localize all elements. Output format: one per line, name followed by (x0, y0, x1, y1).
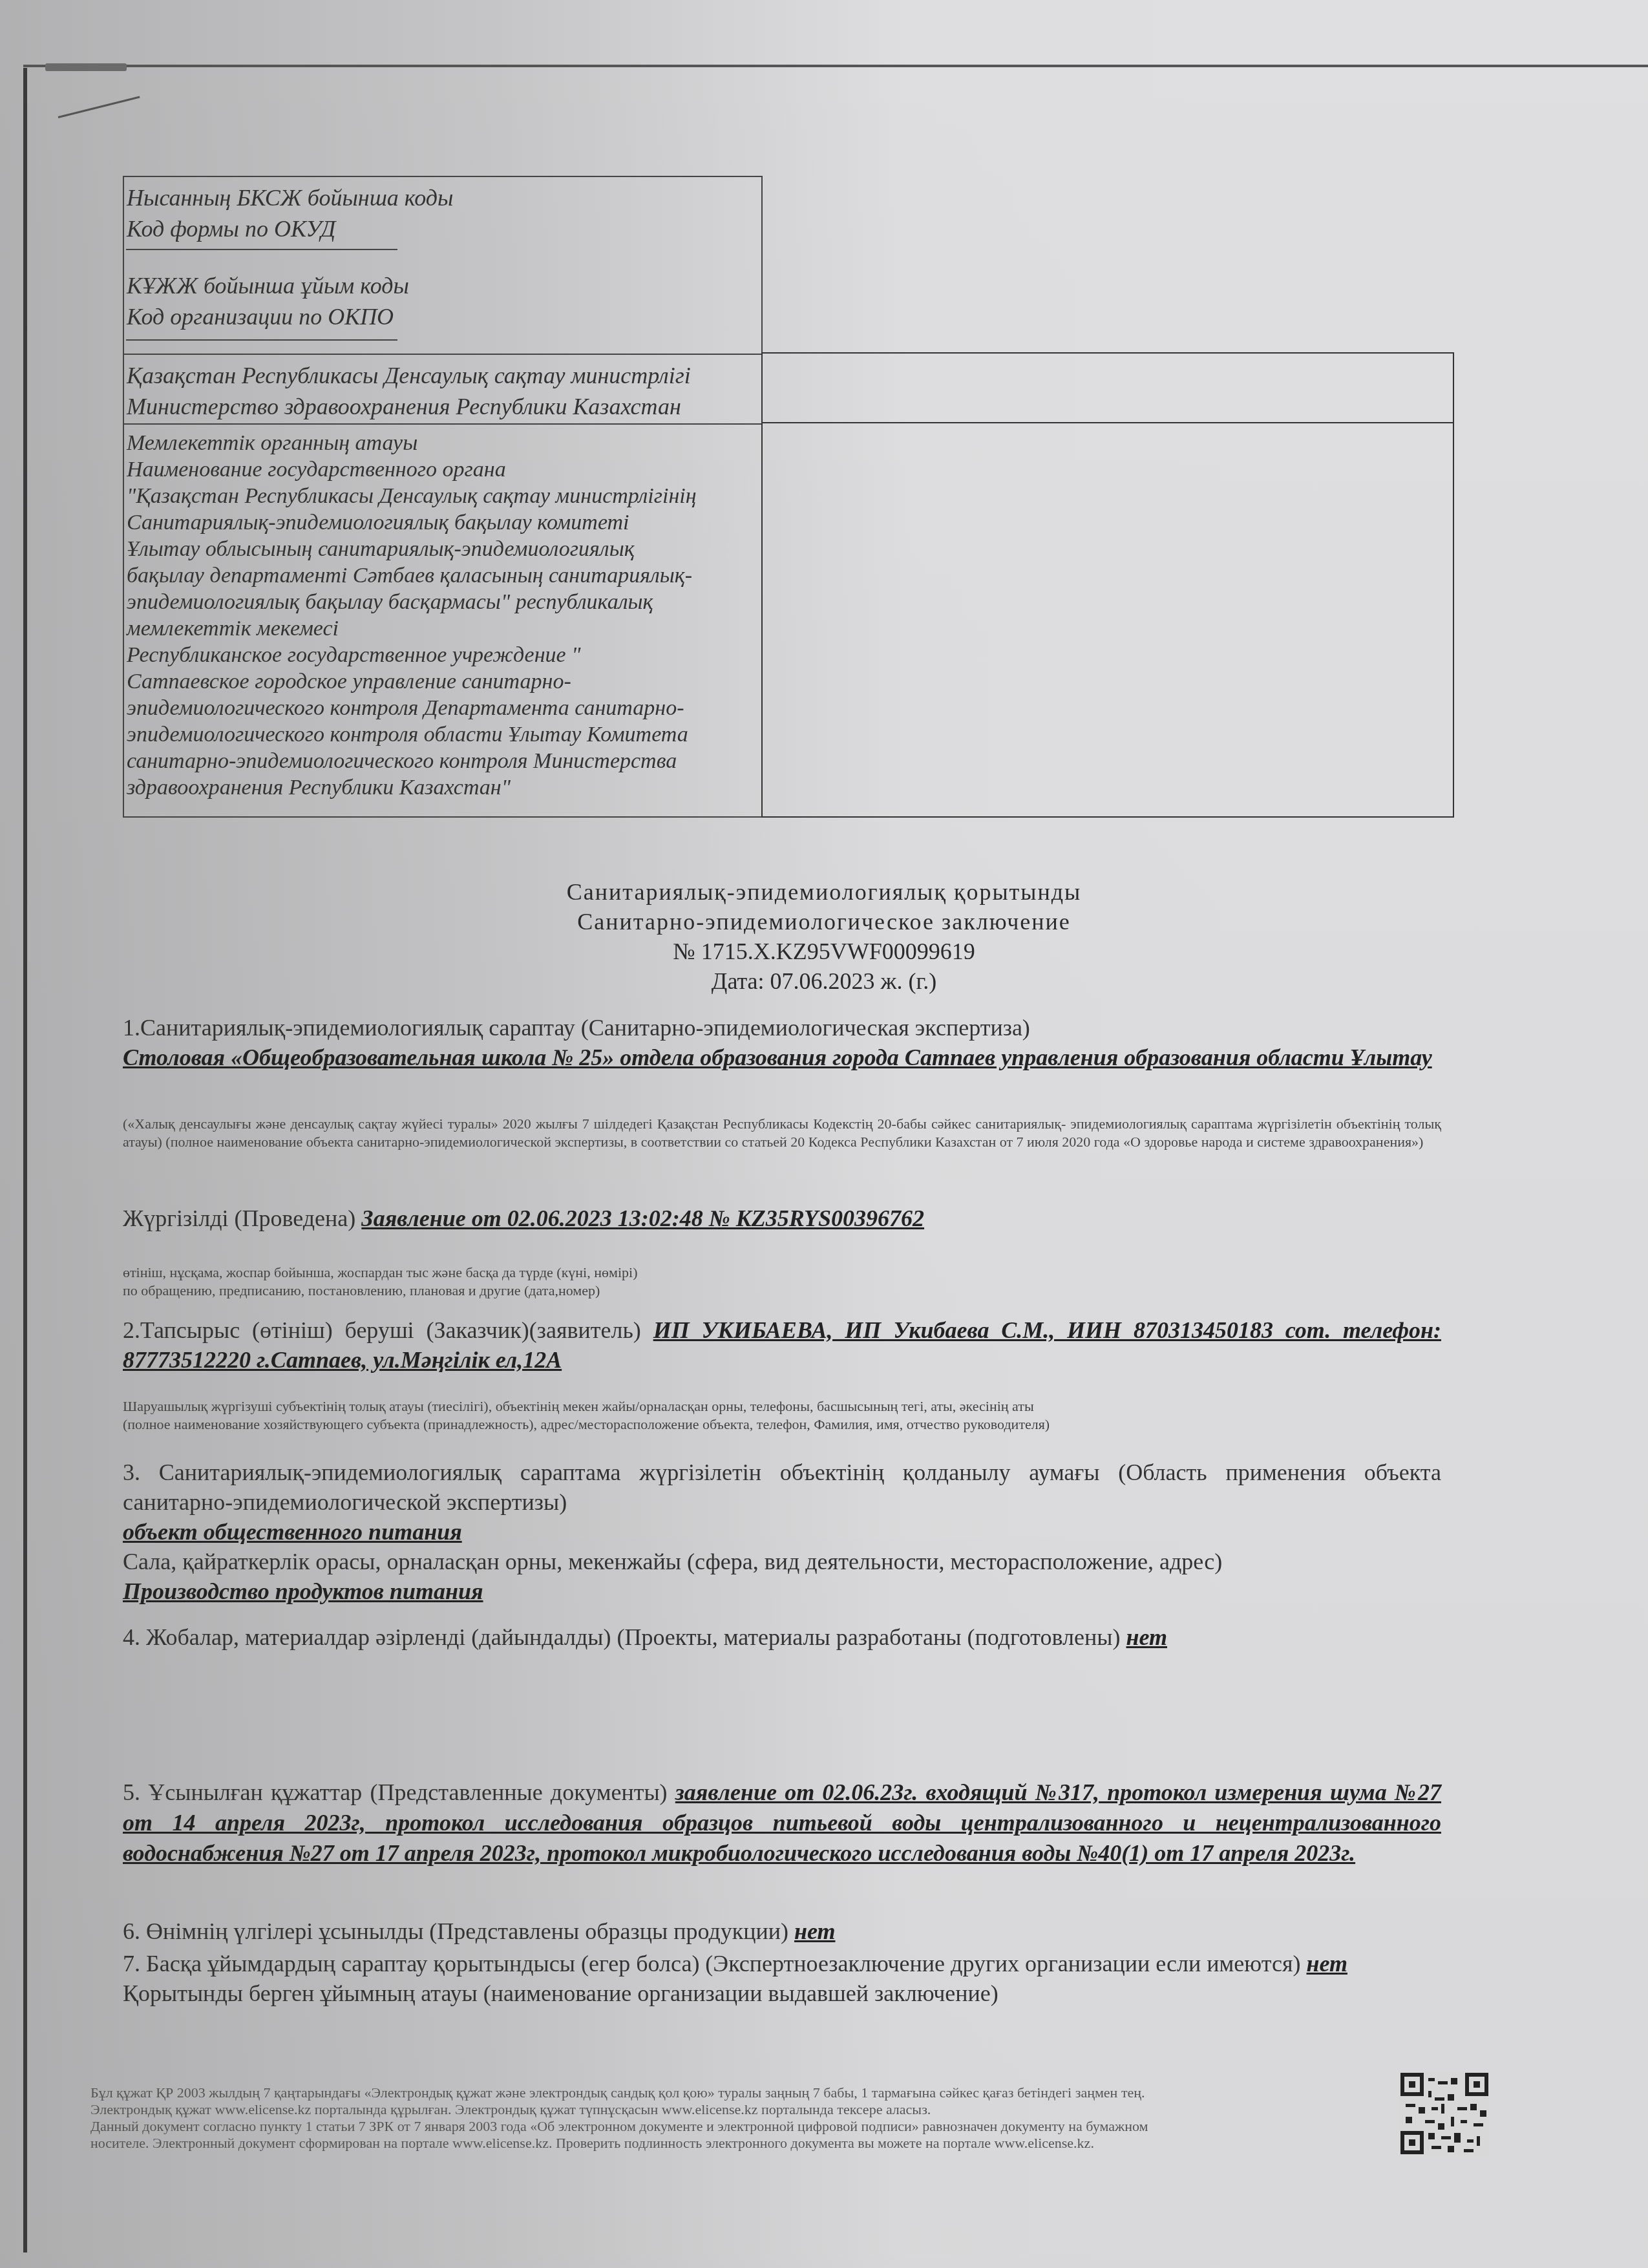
section-4: 4. Жобалар, материалдар әзірленді (дайын… (123, 1622, 1441, 1652)
section-3-value-2: Производство продуктов питания (123, 1576, 1441, 1606)
section-2-label: 2.Тапсырыс (өтініш) беруші (Заказчик)(за… (123, 1317, 641, 1343)
section-4-label: 4. Жобалар, материалдар әзірленді (дайын… (123, 1624, 1120, 1650)
section-2: 2.Тапсырыс (өтініш) беруші (Заказчик)(за… (123, 1315, 1441, 1375)
section-7-label: 7. Басқа ұйымдардың сараптау қорытындысы… (123, 1951, 1300, 1977)
form-codes-cell: Нысанның БКСЖ бойынша коды Код формы по … (123, 176, 763, 354)
section-4-value: нет (1126, 1624, 1167, 1650)
conducted-value: Заявление от 02.06.2023 13:02:48 № KZ35R… (361, 1205, 924, 1231)
conducted-label: Жүргізілді (Проведена) (123, 1205, 355, 1231)
authority-line: Мемлекеттік органның атауы (127, 430, 759, 456)
conducted-note: өтініш, нұсқама, жоспар бойынша, жоспард… (123, 1264, 1441, 1300)
title-ru: Санитарно-эпидемиологическое заключение (0, 907, 1648, 936)
qr-code-icon (1399, 2072, 1490, 2156)
section-3: 3. Санитариялық-эпидемиологиялық сарапта… (123, 1457, 1441, 1606)
authority-line: эпидемиологического контроля области Ұлы… (127, 721, 759, 748)
section-1-note: («Халық денсаулығы және денсаулық сақтау… (123, 1115, 1441, 1151)
authority-lines: Мемлекеттік органның атауыНаименование г… (127, 430, 759, 801)
section-5-label: 5. Ұсынылған құжаттар (Представленные до… (123, 1779, 668, 1805)
authority-line: Ұлытау облысының санитариялық-эпидемиоло… (127, 536, 759, 562)
footer-line: носителе. Электронный документ сформиров… (90, 2135, 1370, 2152)
section-3-label: 3. Санитариялық-эпидемиологиялық сарапта… (123, 1457, 1441, 1517)
section-6: 6. Өнімнің үлгілері ұсынылды (Представле… (123, 1916, 1441, 1946)
scan-edge-top (23, 65, 1648, 67)
authority-line: Сатпаевское городское управление санитар… (127, 668, 759, 695)
section-7: 7. Басқа ұйымдардың сараптау қорытындысы… (123, 1949, 1441, 2008)
section-2-note-kz: Шаруашылық жүргізуші субъектінің толық а… (123, 1397, 1441, 1415)
section-7-value: нет (1306, 1951, 1347, 1977)
authority-line: эпидемиологиялық бақылау басқармасы" рес… (127, 589, 759, 615)
document-date: Дата: 07.06.2023 ж. (г.) (0, 967, 1648, 995)
org-code-ru: Код организации по ОКПО (127, 301, 759, 332)
form-code-ru: Код формы по ОКУД (127, 213, 759, 244)
authority-cell: Мемлекеттік органның атауыНаименование г… (123, 423, 763, 818)
ministry-kz: Қазақстан Республикасы Денсаулық сақтау … (127, 360, 759, 391)
authority-line: мемлекеттік мекемесі (127, 615, 759, 642)
section-7-issuer-label: Қорытынды берген ұйымның атауы (наименов… (123, 1978, 1441, 2008)
ministry-ru: Министерство здравоохранения Республики … (127, 391, 759, 422)
footer-legal-text: Бұл құжат ҚР 2003 жылдың 7 қаңтарындағы … (90, 2084, 1370, 2152)
ministry-cell: Қазақстан Республикасы Денсаулық сақтау … (123, 354, 763, 423)
section-3-sublabel: Сала, қайраткерлік орасы, орналасқан орн… (123, 1547, 1441, 1576)
authority-line: "Қазақстан Республикасы Денсаулық сақтау… (127, 483, 759, 509)
section-2-note: Шаруашылық жүргізуші субъектінің толық а… (123, 1397, 1441, 1434)
document-number: № 1715.X.KZ95VWF00099619 (0, 937, 1648, 966)
form-code-kz: Нысанның БКСЖ бойынша коды (127, 182, 759, 213)
staple-mark (45, 63, 127, 71)
scan-edge-left (23, 68, 27, 2252)
authority-line: Наименование государственного органа (127, 456, 759, 483)
authority-line: здравоохранения Республики Казахстан" (127, 774, 759, 801)
section-6-label: 6. Өнімнің үлгілері ұсынылды (Представле… (123, 1918, 788, 1944)
section-6-value: нет (794, 1918, 836, 1944)
section-1: 1.Санитариялық-эпидемиологиялық сараптау… (123, 1013, 1441, 1072)
footer-line: Данный документ согласно пункту 1 статьи… (90, 2118, 1370, 2135)
section-1-label: 1.Санитариялық-эпидемиологиялық сараптау… (123, 1013, 1441, 1043)
footer-line: Электрондық құжат www.elicense.kz портал… (90, 2101, 1370, 2118)
org-code-underline (126, 339, 397, 341)
authority-line: Санитариялық-эпидемиологиялық бақылау ко… (127, 509, 759, 536)
form-code-underline (126, 249, 397, 250)
conducted: Жүргізілді (Проведена) Заявление от 02.0… (123, 1203, 1441, 1233)
section-1-value: Столовая «Общеобразовательная школа № 25… (123, 1043, 1441, 1072)
authority-line: эпидемиологического контроля Департамент… (127, 695, 759, 721)
conducted-note-ru: по обращению, предписанию, постановлению… (123, 1282, 1441, 1300)
authority-line: Республиканское государственное учрежден… (127, 642, 759, 668)
ministry-right-cell (761, 352, 1454, 423)
title-kz: Санитариялық-эпидемиологиялық қорытынды (0, 878, 1648, 906)
section-2-note-ru: (полное наименование хозяйствующего субъ… (123, 1415, 1441, 1434)
section-3-value-1: объект общественного питания (123, 1517, 1441, 1547)
section-5: 5. Ұсынылған құжаттар (Представленные до… (123, 1777, 1441, 1869)
org-code-kz: КҰЖЖ бойынша ұйым коды (127, 270, 759, 301)
authority-line: бақылау департаменті Сәтбаев қаласының с… (127, 562, 759, 589)
pen-mark (58, 96, 140, 118)
footer-line: Бұл құжат ҚР 2003 жылдың 7 қаңтарындағы … (90, 2084, 1370, 2101)
authority-right-cell (761, 422, 1454, 818)
authority-line: санитарно-эпидемиологического контроля М… (127, 748, 759, 774)
conducted-note-kz: өтініш, нұсқама, жоспар бойынша, жоспард… (123, 1264, 1441, 1282)
